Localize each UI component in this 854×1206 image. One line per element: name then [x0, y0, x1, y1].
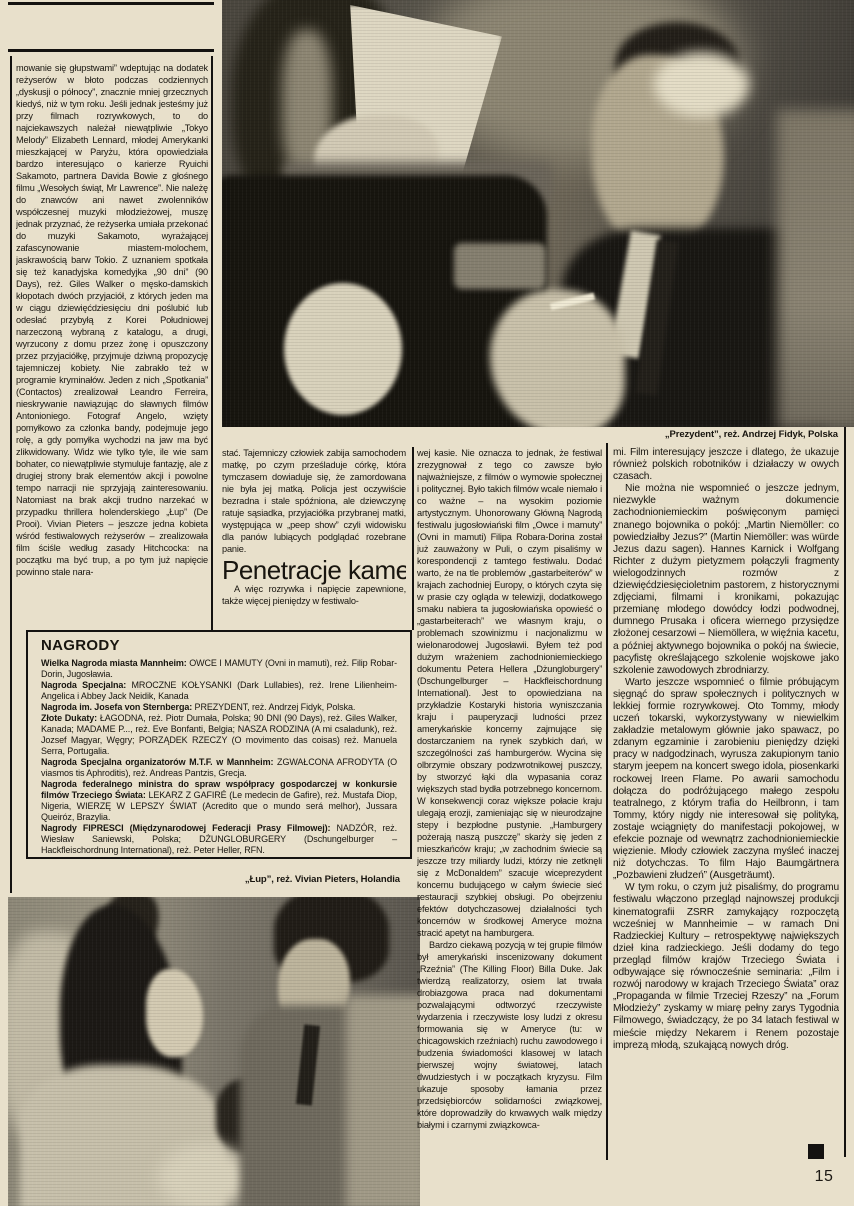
award-label: Wielka Nagroda miasta Mannheim: [41, 658, 187, 668]
body-paragraph: Warto jeszcze wspomnieć o filmie próbują… [613, 677, 839, 883]
text-column-2: stać. Tajemniczy człowiek zabija samocho… [222, 447, 406, 627]
award-label: Nagroda Specjalna organizatorów M.T.F. w… [41, 757, 273, 767]
award-entry: Nagroda im. Josefa von Sternberga: PREZY… [41, 702, 397, 713]
awards-box: NAGRODY Wielka Nagroda miasta Mannheim: … [26, 630, 412, 859]
jacket-highlight [346, 995, 420, 1206]
body-paragraph: mowanie się głupstwami” wdeptując na dod… [16, 62, 208, 578]
camera-white-disc [284, 283, 402, 415]
column-rule-3-4 [606, 443, 608, 1160]
bottom-photo-caption: „Łup”, reż. Vivian Pieters, Holandia [150, 874, 400, 885]
award-entry: Wielka Nagroda miasta Mannheim: OWCE I M… [41, 658, 397, 680]
award-entry: Nagroda federalnego ministra do spraw ws… [41, 779, 397, 823]
award-label: Nagroda Specjalna: [41, 680, 126, 690]
award-entry: Nagroda Specjalna organizatorów M.T.F. w… [41, 757, 397, 779]
body-paragraph: stać. Tajemniczy człowiek zabija samocho… [222, 447, 406, 555]
text-column-4: mi. Film interesujący jeszcze i dlatego,… [613, 447, 839, 1147]
top-photo [222, 0, 854, 427]
camera-plate [454, 243, 546, 289]
top-rule [8, 2, 214, 5]
body-paragraph: A więc rozrywka i napięcie zapewnione, t… [222, 583, 406, 607]
body-paragraph: wej kasie. Nie oznacza to jednak, że fes… [417, 447, 602, 939]
end-of-article-marker [808, 1144, 824, 1159]
woman-face [146, 969, 203, 1057]
award-label: Nagroda im. Josefa von Sternberga: [41, 702, 192, 712]
header-rule [8, 49, 214, 52]
column-rule-2-3 [412, 447, 414, 630]
hand-shape [490, 290, 625, 427]
award-label: Nagrody FIPRESCI (Międzynarodowej Federa… [41, 823, 330, 833]
right-light-area [777, 110, 854, 427]
section-heading: Penetracje kamerą [222, 564, 406, 576]
body-paragraph: mi. Film interesujący jeszcze i dlatego,… [613, 447, 839, 483]
left-page-rule [10, 56, 12, 893]
body-paragraph: Bardzo ciekawą pozycją w tej grupie film… [417, 939, 602, 1131]
award-entry: Złote Dukaty: ŁAGODNA, reż. Piotr Dumała… [41, 713, 397, 757]
top-photo-caption: „Prezydent”, reż. Andrzej Fidyk, Polska [500, 429, 838, 440]
right-page-rule [844, 416, 846, 1157]
column-rule-1-2 [211, 56, 213, 630]
award-entry: Nagroda Specjalna: MROCZNE KOŁYSANKI (Da… [41, 680, 397, 702]
text-column-1: mowanie się głupstwami” wdeptując na dod… [16, 62, 208, 618]
awards-title: NAGRODY [41, 637, 397, 654]
face-highlight [654, 52, 749, 117]
bottom-photo [8, 897, 420, 1206]
body-paragraph: W tym roku, o czym już pisaliśmy, do pro… [613, 882, 839, 1051]
text-column-3: wej kasie. Nie oznacza to jednak, że fes… [417, 447, 602, 1193]
award-label: Złote Dukaty: [41, 713, 97, 723]
body-paragraph: Nie można nie wspomnieć o jeszcze jednym… [613, 483, 839, 677]
award-text: PREZYDENT, reż. Andrzej Fidyk, Polska. [192, 702, 355, 712]
page-number: 15 [804, 1168, 844, 1186]
magazine-page: „Prezydent”, reż. Andrzej Fidyk, Polska … [0, 0, 854, 1206]
award-entry: Nagrody FIPRESCI (Międzynarodowej Federa… [41, 823, 397, 856]
light-blob [158, 1145, 253, 1206]
